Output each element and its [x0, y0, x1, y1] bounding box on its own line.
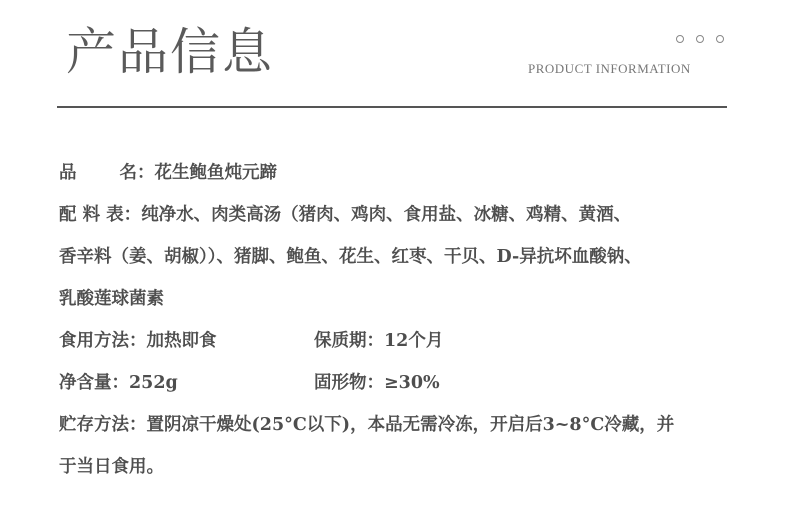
- ingredients-row: 配 料 表：纯净水、肉类高汤（猪肉、鸡肉、食用盐、冰糖、鸡精、黄酒、: [59, 200, 739, 242]
- net-content-cell: 净含量：252g: [59, 368, 314, 410]
- solids-value: ≥30%: [384, 373, 440, 393]
- product-name-label-b: 名：: [120, 163, 155, 183]
- product-name-row: 品名：花生鲍鱼炖元蹄: [59, 158, 739, 200]
- ingredients-label: 配 料 表：: [59, 205, 141, 225]
- product-info: 品名：花生鲍鱼炖元蹄 配 料 表：纯净水、肉类高汤（猪肉、鸡肉、食用盐、冰糖、鸡…: [59, 158, 739, 494]
- storage-label: 贮存方法：: [59, 415, 147, 435]
- usage-value: 加热即食: [147, 331, 217, 351]
- usage-label: 食用方法：: [59, 331, 147, 351]
- product-name-value: 花生鲍鱼炖元蹄: [155, 163, 278, 183]
- storage-row-2: 于当日食用。: [59, 452, 739, 494]
- shelf-life-label: 保质期：: [314, 331, 384, 351]
- circle-icon: [676, 35, 684, 43]
- page-title: 产品信息: [66, 22, 274, 82]
- usage-shelf-row: 食用方法：加热即食 保质期：12个月: [59, 326, 739, 368]
- shelf-life-value: 12个月: [384, 331, 443, 351]
- storage-value-1: 置阴凉干燥处(25°C以下)，本品无需冷冻，开启后3~8°C冷藏，并: [147, 415, 675, 435]
- solids-label: 固形物：: [314, 373, 384, 393]
- net-content-value: 252g: [129, 373, 178, 393]
- solids-cell: 固形物：≥30%: [314, 368, 440, 410]
- circle-icon: [696, 35, 704, 43]
- header-divider: [57, 106, 727, 108]
- shelf-life-cell: 保质期：12个月: [314, 326, 443, 368]
- net-solids-row: 净含量：252g 固形物：≥30%: [59, 368, 739, 410]
- ingredients-row-2: 香辛料（姜、胡椒））、猪脚、鲍鱼、花生、红枣、干贝、D-异抗坏血酸钠、: [59, 242, 739, 284]
- ingredients-value-1: 纯净水、肉类高汤（猪肉、鸡肉、食用盐、冰糖、鸡精、黄酒、: [141, 205, 631, 225]
- net-content-label: 净含量：: [59, 373, 129, 393]
- decorative-dots: [676, 35, 724, 43]
- product-name-label-a: 品: [59, 163, 77, 183]
- ingredients-row-3: 乳酸莲球菌素: [59, 284, 739, 326]
- usage-cell: 食用方法：加热即食: [59, 326, 314, 368]
- page-subtitle: PRODUCT INFORMATION: [528, 61, 691, 77]
- circle-icon: [716, 35, 724, 43]
- storage-row: 贮存方法：置阴凉干燥处(25°C以下)，本品无需冷冻，开启后3~8°C冷藏，并: [59, 410, 739, 452]
